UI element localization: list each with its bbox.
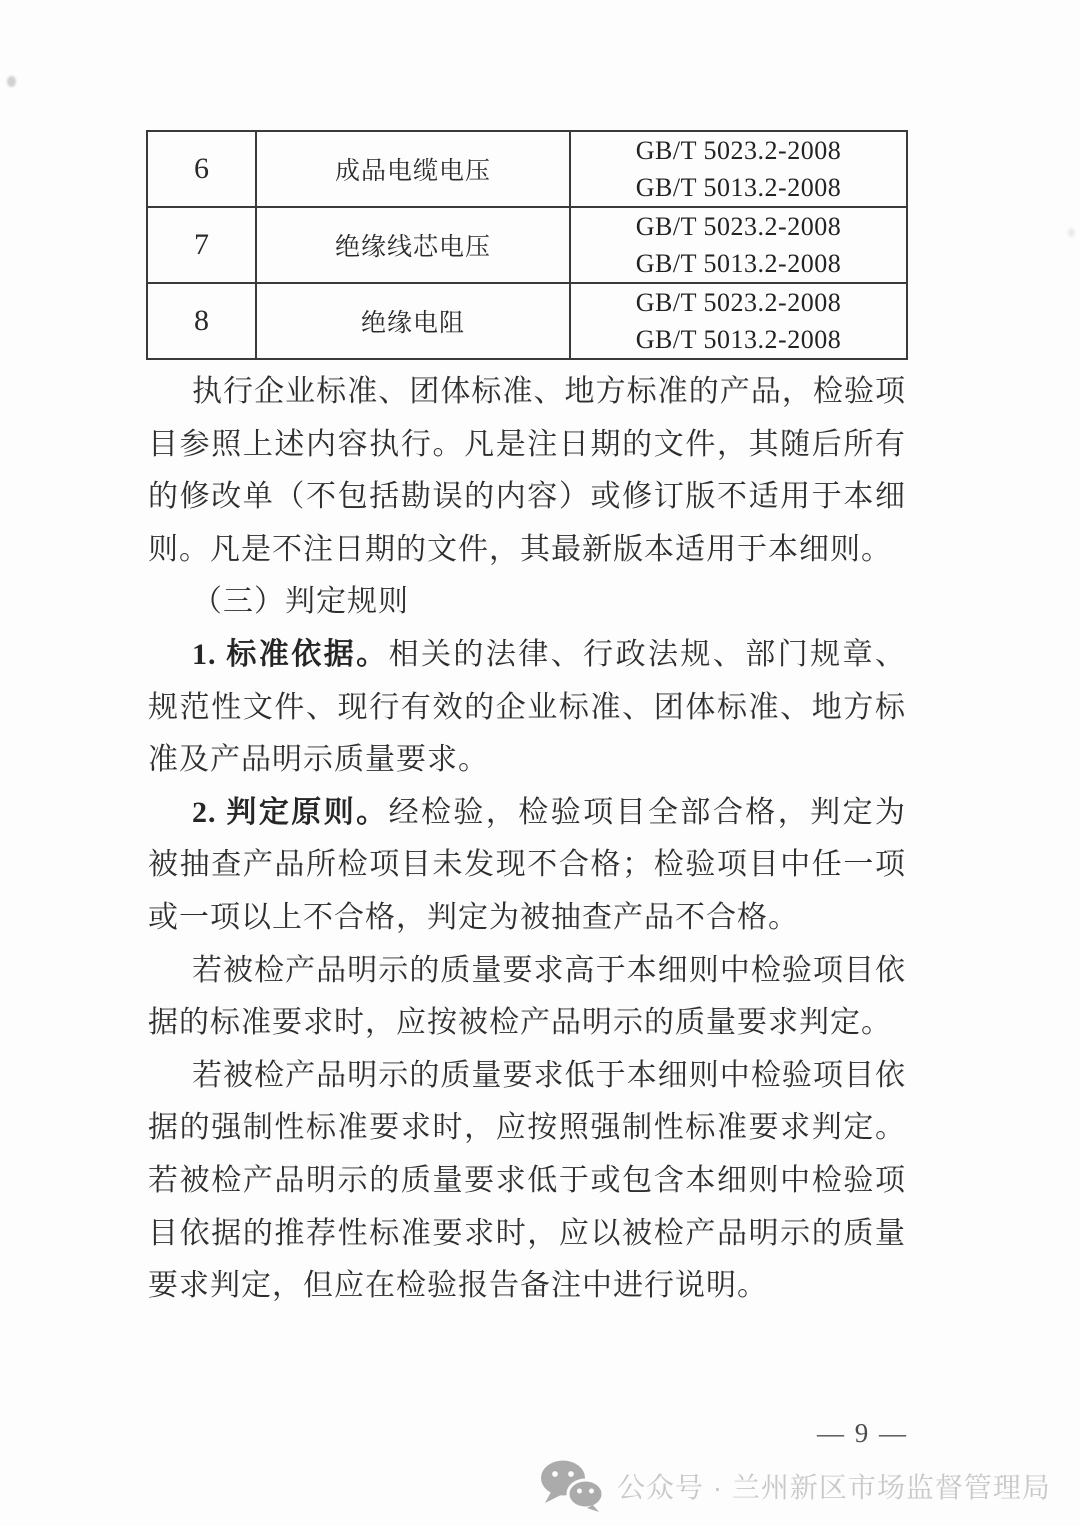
row-number-cell: 7 (147, 207, 256, 283)
table-row: 7 绝缘线芯电压 GB/T 5023.2-2008 GB/T 5013.2-20… (147, 207, 907, 283)
table-row: 8 绝缘电阻 GB/T 5023.2-2008 GB/T 5013.2-2008 (147, 283, 907, 359)
row-number-cell: 6 (147, 131, 256, 207)
table-row: 6 成品电缆电压 GB/T 5023.2-2008 GB/T 5013.2-20… (147, 131, 907, 207)
paragraph-higher-requirement: 若被检产品明示的质量要求高于本细则中检验项目依据的标准要求时，应按被检产品明示的… (148, 945, 906, 1050)
document-page: 6 成品电缆电压 GB/T 5023.2-2008 GB/T 5013.2-20… (0, 0, 1080, 1526)
document-body: 执行企业标准、团体标准、地方标准的产品，检验项目参照上述内容执行。凡是注日期的文… (148, 366, 906, 1313)
watermark-text: 公众号 · 兰州新区市场监督管理局 (617, 1466, 1051, 1506)
standard-basis-label: 1. 标准依据。 (192, 638, 389, 671)
paragraph-lower-requirement: 若被检产品明示的质量要求低于本细则中检验项目依据的强制性标准要求时，应按照强制性… (148, 1050, 906, 1313)
standard-code: GB/T 5023.2-2008 (571, 284, 906, 321)
standard-code: GB/T 5013.2-2008 (571, 245, 906, 282)
judgment-principle-label: 2. 判定原则。 (192, 796, 389, 829)
standards-cell: GB/T 5023.2-2008 GB/T 5013.2-2008 (570, 283, 907, 359)
heading-judgment-rules: （三）判定规则 (148, 576, 906, 629)
item-name-cell: 绝缘线芯电压 (256, 207, 570, 283)
standards-cell: GB/T 5023.2-2008 GB/T 5013.2-2008 (570, 131, 907, 207)
standards-table: 6 成品电缆电压 GB/T 5023.2-2008 GB/T 5013.2-20… (146, 130, 908, 360)
item-name-cell: 绝缘电阻 (256, 283, 570, 359)
standard-code: GB/T 5023.2-2008 (571, 208, 906, 245)
standard-code: GB/T 5023.2-2008 (571, 132, 906, 169)
wechat-icon (540, 1459, 604, 1513)
scan-artifact (1068, 228, 1075, 237)
paragraph-execution-note: 执行企业标准、团体标准、地方标准的产品，检验项目参照上述内容执行。凡是注日期的文… (148, 366, 906, 576)
row-number-cell: 8 (147, 283, 256, 359)
watermark: 公众号 · 兰州新区市场监督管理局 (540, 1458, 1051, 1514)
scan-artifact (7, 76, 16, 87)
page-number: — 9 — (805, 1418, 920, 1449)
standard-code: GB/T 5013.2-2008 (571, 321, 906, 358)
standards-cell: GB/T 5023.2-2008 GB/T 5013.2-2008 (570, 207, 907, 283)
item-name-cell: 成品电缆电压 (256, 131, 570, 207)
paragraph-judgment-principle: 2. 判定原则。经检验，检验项目全部合格，判定为被抽查产品所检项目未发现不合格；… (148, 787, 906, 945)
paragraph-standard-basis: 1. 标准依据。相关的法律、行政法规、部门规章、规范性文件、现行有效的企业标准、… (148, 629, 906, 787)
standard-code: GB/T 5013.2-2008 (571, 169, 906, 206)
